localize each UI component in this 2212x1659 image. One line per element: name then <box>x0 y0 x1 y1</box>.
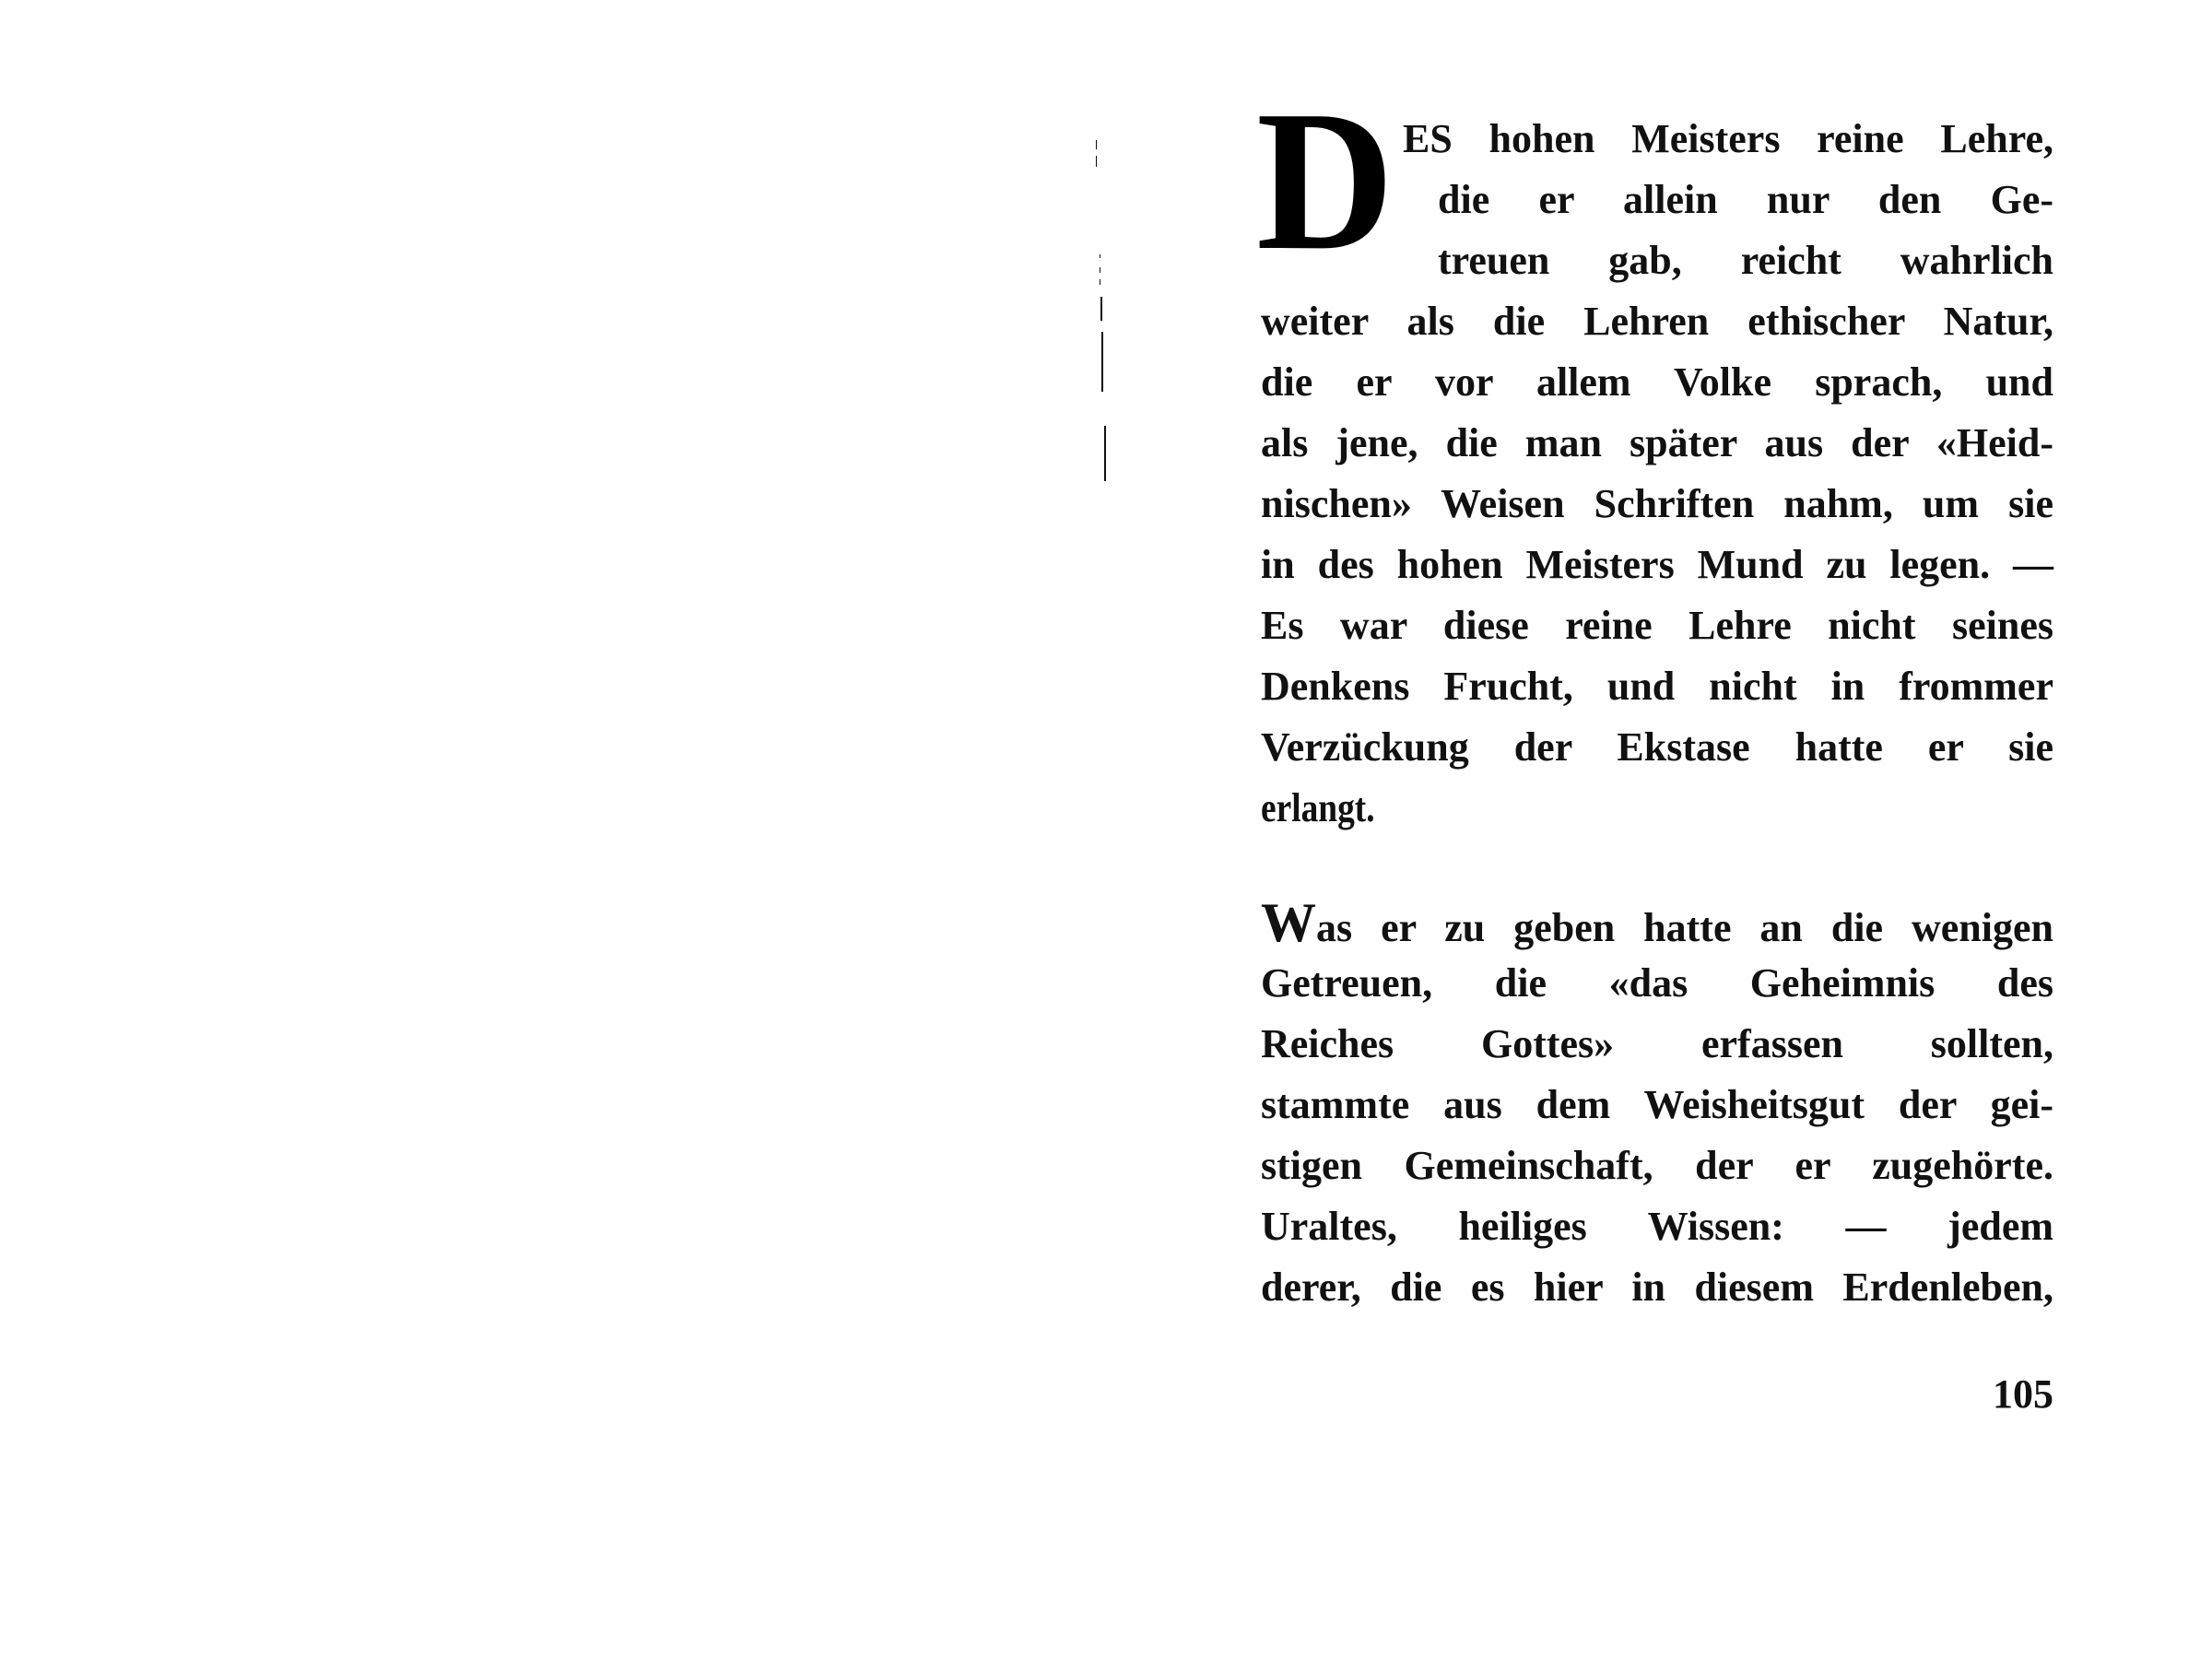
line-text: weiter als die Lehren ethischer Natur, <box>1261 291 2053 352</box>
line-text: in des hohen Meisters Mund zu legen. — <box>1261 535 2053 595</box>
line-text: Verzückung der Ekstase hatte er sie <box>1261 717 2053 778</box>
left-page <box>0 0 1097 1659</box>
line-text: treuen gab, reicht wahrlich <box>1438 230 2053 291</box>
line-text: Es war diese reine Lehre nicht seines <box>1261 595 2053 656</box>
line-text: Denkens Frucht, und nicht in frommer <box>1261 656 2053 717</box>
line-text: Reiches Gottes» erfassen sollten, <box>1261 1014 2053 1075</box>
gutter-mark <box>1096 140 1097 149</box>
gutter-mark <box>1096 156 1097 167</box>
text-line: derer, die es hier in diesem Erdenleben, <box>1261 1257 2053 1318</box>
drop-cap: D <box>1256 103 1394 255</box>
line-text: nischen» Weisen Schriften nahm, um sie <box>1261 474 2053 535</box>
gutter-mark <box>1104 426 1106 481</box>
page-number: 105 <box>1972 1371 2053 1418</box>
text-line: Es war diese reine Lehre nicht seines <box>1261 595 2053 656</box>
line-text: erlangt. <box>1261 778 1935 839</box>
gutter-mark <box>1100 254 1100 258</box>
text-line: Getreuen, die «das Geheimnis des <box>1261 953 2053 1014</box>
gutter-mark <box>1100 297 1102 321</box>
line-text: die er allein nur den Ge- <box>1438 170 2053 230</box>
text-line: in des hohen Meisters Mund zu legen. — <box>1261 535 2053 595</box>
line-text: derer, die es hier in diesem Erdenleben, <box>1261 1257 2053 1318</box>
text-line: Uraltes, heiliges Wissen: — jedem <box>1261 1196 2053 1257</box>
text-line: treuen gab, reicht wahrlich <box>1438 230 2053 291</box>
text-line: erlangt. <box>1261 778 2053 839</box>
text-line: nischen» Weisen Schriften nahm, um sie <box>1261 474 2053 535</box>
text-line: weiter als die Lehren ethischer Natur, <box>1261 291 2053 352</box>
line-text: ES hohen Meisters reine Lehre, <box>1403 109 2053 170</box>
line-text: Uraltes, heiliges Wissen: — jedem <box>1261 1196 2053 1257</box>
text-line: Was er zu geben hatte an die wenigen <box>1261 892 2053 953</box>
line-text: die er vor allem Volke sprach, und <box>1261 352 2053 413</box>
text-line: Verzückung der Ekstase hatte er sie <box>1261 717 2053 778</box>
line-text: stammte aus dem Weisheitsgut der gei- <box>1261 1075 2053 1135</box>
line-text: as er zu geben hatte an die wenigen <box>1316 898 2053 959</box>
text-line: Reiches Gottes» erfassen sollten, <box>1261 1014 2053 1075</box>
text-line: Denkens Frucht, und nicht in frommer <box>1261 656 2053 717</box>
text-line: die er vor allem Volke sprach, und <box>1261 352 2053 413</box>
text-line: stigen Gemeinschaft, der er zugehörte. <box>1261 1135 2053 1196</box>
gutter-mark <box>1100 267 1100 273</box>
line-text: Getreuen, die «das Geheimnis des <box>1261 953 2053 1014</box>
line-text: als jene, die man später aus der «Heid- <box>1261 413 2053 474</box>
gutter-mark <box>1100 279 1100 285</box>
text-line: ES hohen Meisters reine Lehre, <box>1403 109 2053 170</box>
line-text: stigen Gemeinschaft, der er zugehörte. <box>1261 1135 2053 1196</box>
text-line: stammte aus dem Weisheitsgut der gei- <box>1261 1075 2053 1135</box>
text-line: die er allein nur den Ge- <box>1438 170 2053 230</box>
text-line: als jene, die man später aus der «Heid- <box>1261 413 2053 474</box>
paragraph-initial: W <box>1261 892 1316 953</box>
gutter-mark <box>1101 332 1103 392</box>
